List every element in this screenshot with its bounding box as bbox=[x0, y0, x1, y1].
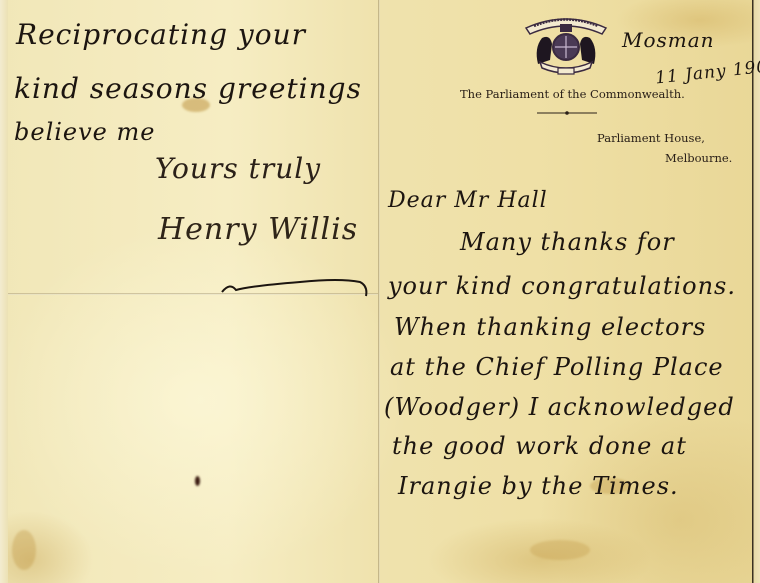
ink-spot bbox=[195, 476, 200, 486]
signature-flourish-icon bbox=[220, 272, 370, 302]
paper-edge-right bbox=[752, 0, 760, 583]
letter-date: 11 Jany 1904 bbox=[654, 56, 760, 89]
body-line: your kind congratulations. bbox=[388, 272, 736, 300]
body-line: (Woodger) I acknowledged bbox=[384, 393, 735, 421]
stain bbox=[12, 530, 36, 570]
salutation: Dear Mr Hall bbox=[388, 188, 548, 213]
letter-paper: The Parliament of the Commonwealth. Parl… bbox=[0, 0, 760, 583]
letterhead-address-line2: Melbourne. bbox=[665, 151, 732, 165]
body-line: at the Chief Polling Place bbox=[390, 353, 724, 381]
vertical-fold-line bbox=[378, 0, 380, 583]
letter-place: Mosman bbox=[622, 28, 715, 52]
paper-edge-left bbox=[0, 0, 8, 583]
postscript-line: Reciprocating your bbox=[16, 18, 306, 51]
postscript-line: believe me bbox=[14, 118, 155, 146]
body-line: When thanking electors bbox=[394, 313, 706, 341]
letterhead-address-line1: Parliament House, bbox=[597, 131, 705, 145]
body-line: the good work done at bbox=[392, 432, 687, 460]
letterhead-institution: The Parliament of the Commonwealth. bbox=[460, 87, 685, 101]
stain bbox=[530, 540, 590, 560]
ornament-divider-icon bbox=[537, 111, 597, 115]
coat-of-arms-icon bbox=[520, 14, 612, 76]
postscript-line: kind seasons greetings bbox=[14, 72, 362, 105]
closing: Yours truly bbox=[155, 152, 321, 185]
signature: Henry Willis bbox=[158, 212, 358, 247]
body-line: Many thanks for bbox=[460, 228, 675, 256]
body-line: Irangie by the Times. bbox=[398, 472, 679, 500]
